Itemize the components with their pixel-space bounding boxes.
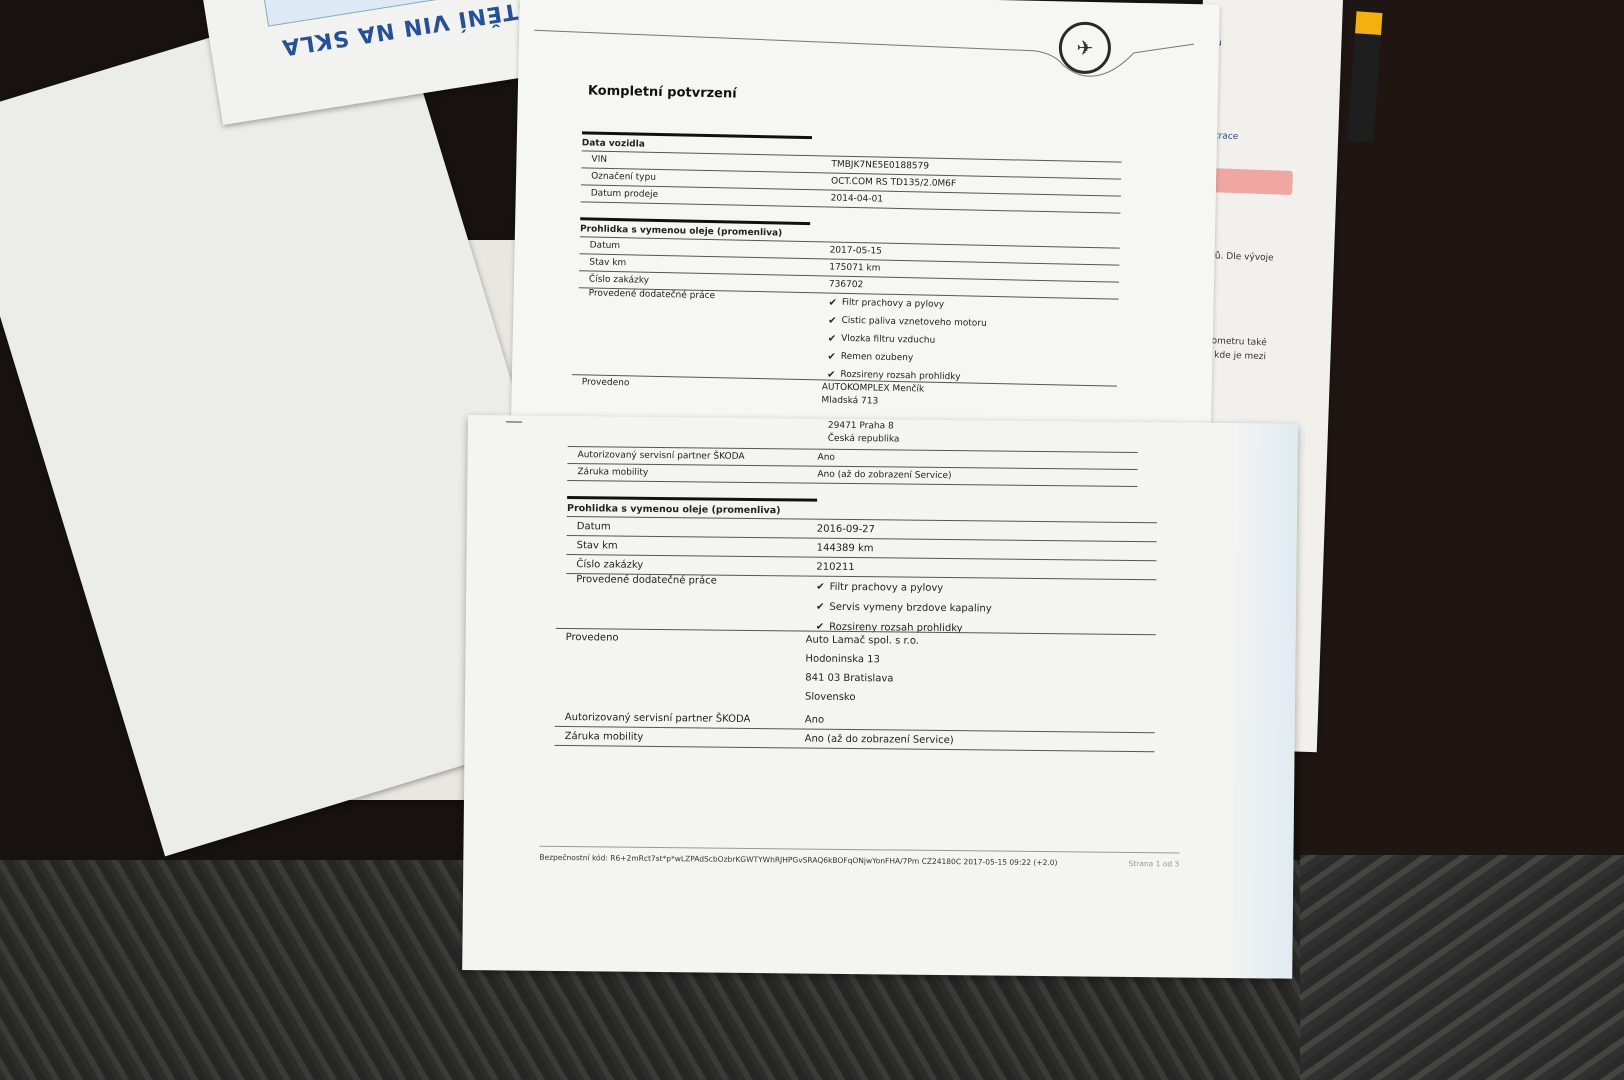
checkmark-icon: ✔	[816, 601, 825, 612]
work-row: Provedené dodatečné práce ✔Filtr prachov…	[577, 287, 1119, 389]
performed-row: Provedeno Auto Lamač spol. s r.o. Hodoni…	[555, 628, 1156, 714]
inspection-section-1: Prohlidka s vymenou oleje (promenliva) D…	[577, 217, 1120, 389]
service-record-page-top: ✈ Kompletní potvrzení Data vozidla VINTM…	[511, 0, 1220, 435]
checkmark-icon: ✔	[816, 581, 825, 592]
page-number: Strana 1 od 3	[1129, 859, 1180, 869]
work-list: ✔Filtr prachovy a pylovy ✔Cistic paliva …	[827, 294, 1119, 390]
vehicle-data-section: Data vozidla VINTMBJK7NE5E0188579 Označe…	[581, 131, 1122, 213]
inspection-section-2: Prohlidka s vymenou oleje (promenliva) D…	[566, 496, 1157, 640]
floor-mat-right	[1300, 855, 1624, 1080]
performed-by-2: Provedeno Auto Lamač spol. s r.o. Hodoni…	[555, 628, 1156, 752]
checkmark-icon: ✔	[828, 333, 837, 344]
highlight-bar	[1206, 168, 1293, 195]
inspection-1-tail: Autorizovaný servisní partner ŠKODAAno Z…	[567, 446, 1137, 487]
section-heading: Prohlidka s vymenou oleje (promenliva)	[567, 496, 817, 519]
checkmark-icon: ✔	[828, 297, 837, 308]
checkmark-icon: ✔	[827, 351, 836, 362]
service-record-page-bottom: 29471 Praha 8 Česká republika Autorizova…	[462, 415, 1298, 979]
checkmark-icon: ✔	[828, 315, 837, 326]
performed-by-1-continued: 29471 Praha 8 Česká republika	[828, 421, 900, 448]
security-code: Bezpečnostní kód: R6+2mRct7st*p*wLZPAdSc…	[539, 853, 1057, 867]
checkmark-icon: ✔	[827, 369, 836, 380]
fold-mark	[506, 421, 522, 422]
document-title: Kompletní potvrzení	[588, 83, 737, 101]
document-footer: Bezpečnostní kód: R6+2mRct7st*p*wLZPAdSc…	[539, 846, 1179, 869]
